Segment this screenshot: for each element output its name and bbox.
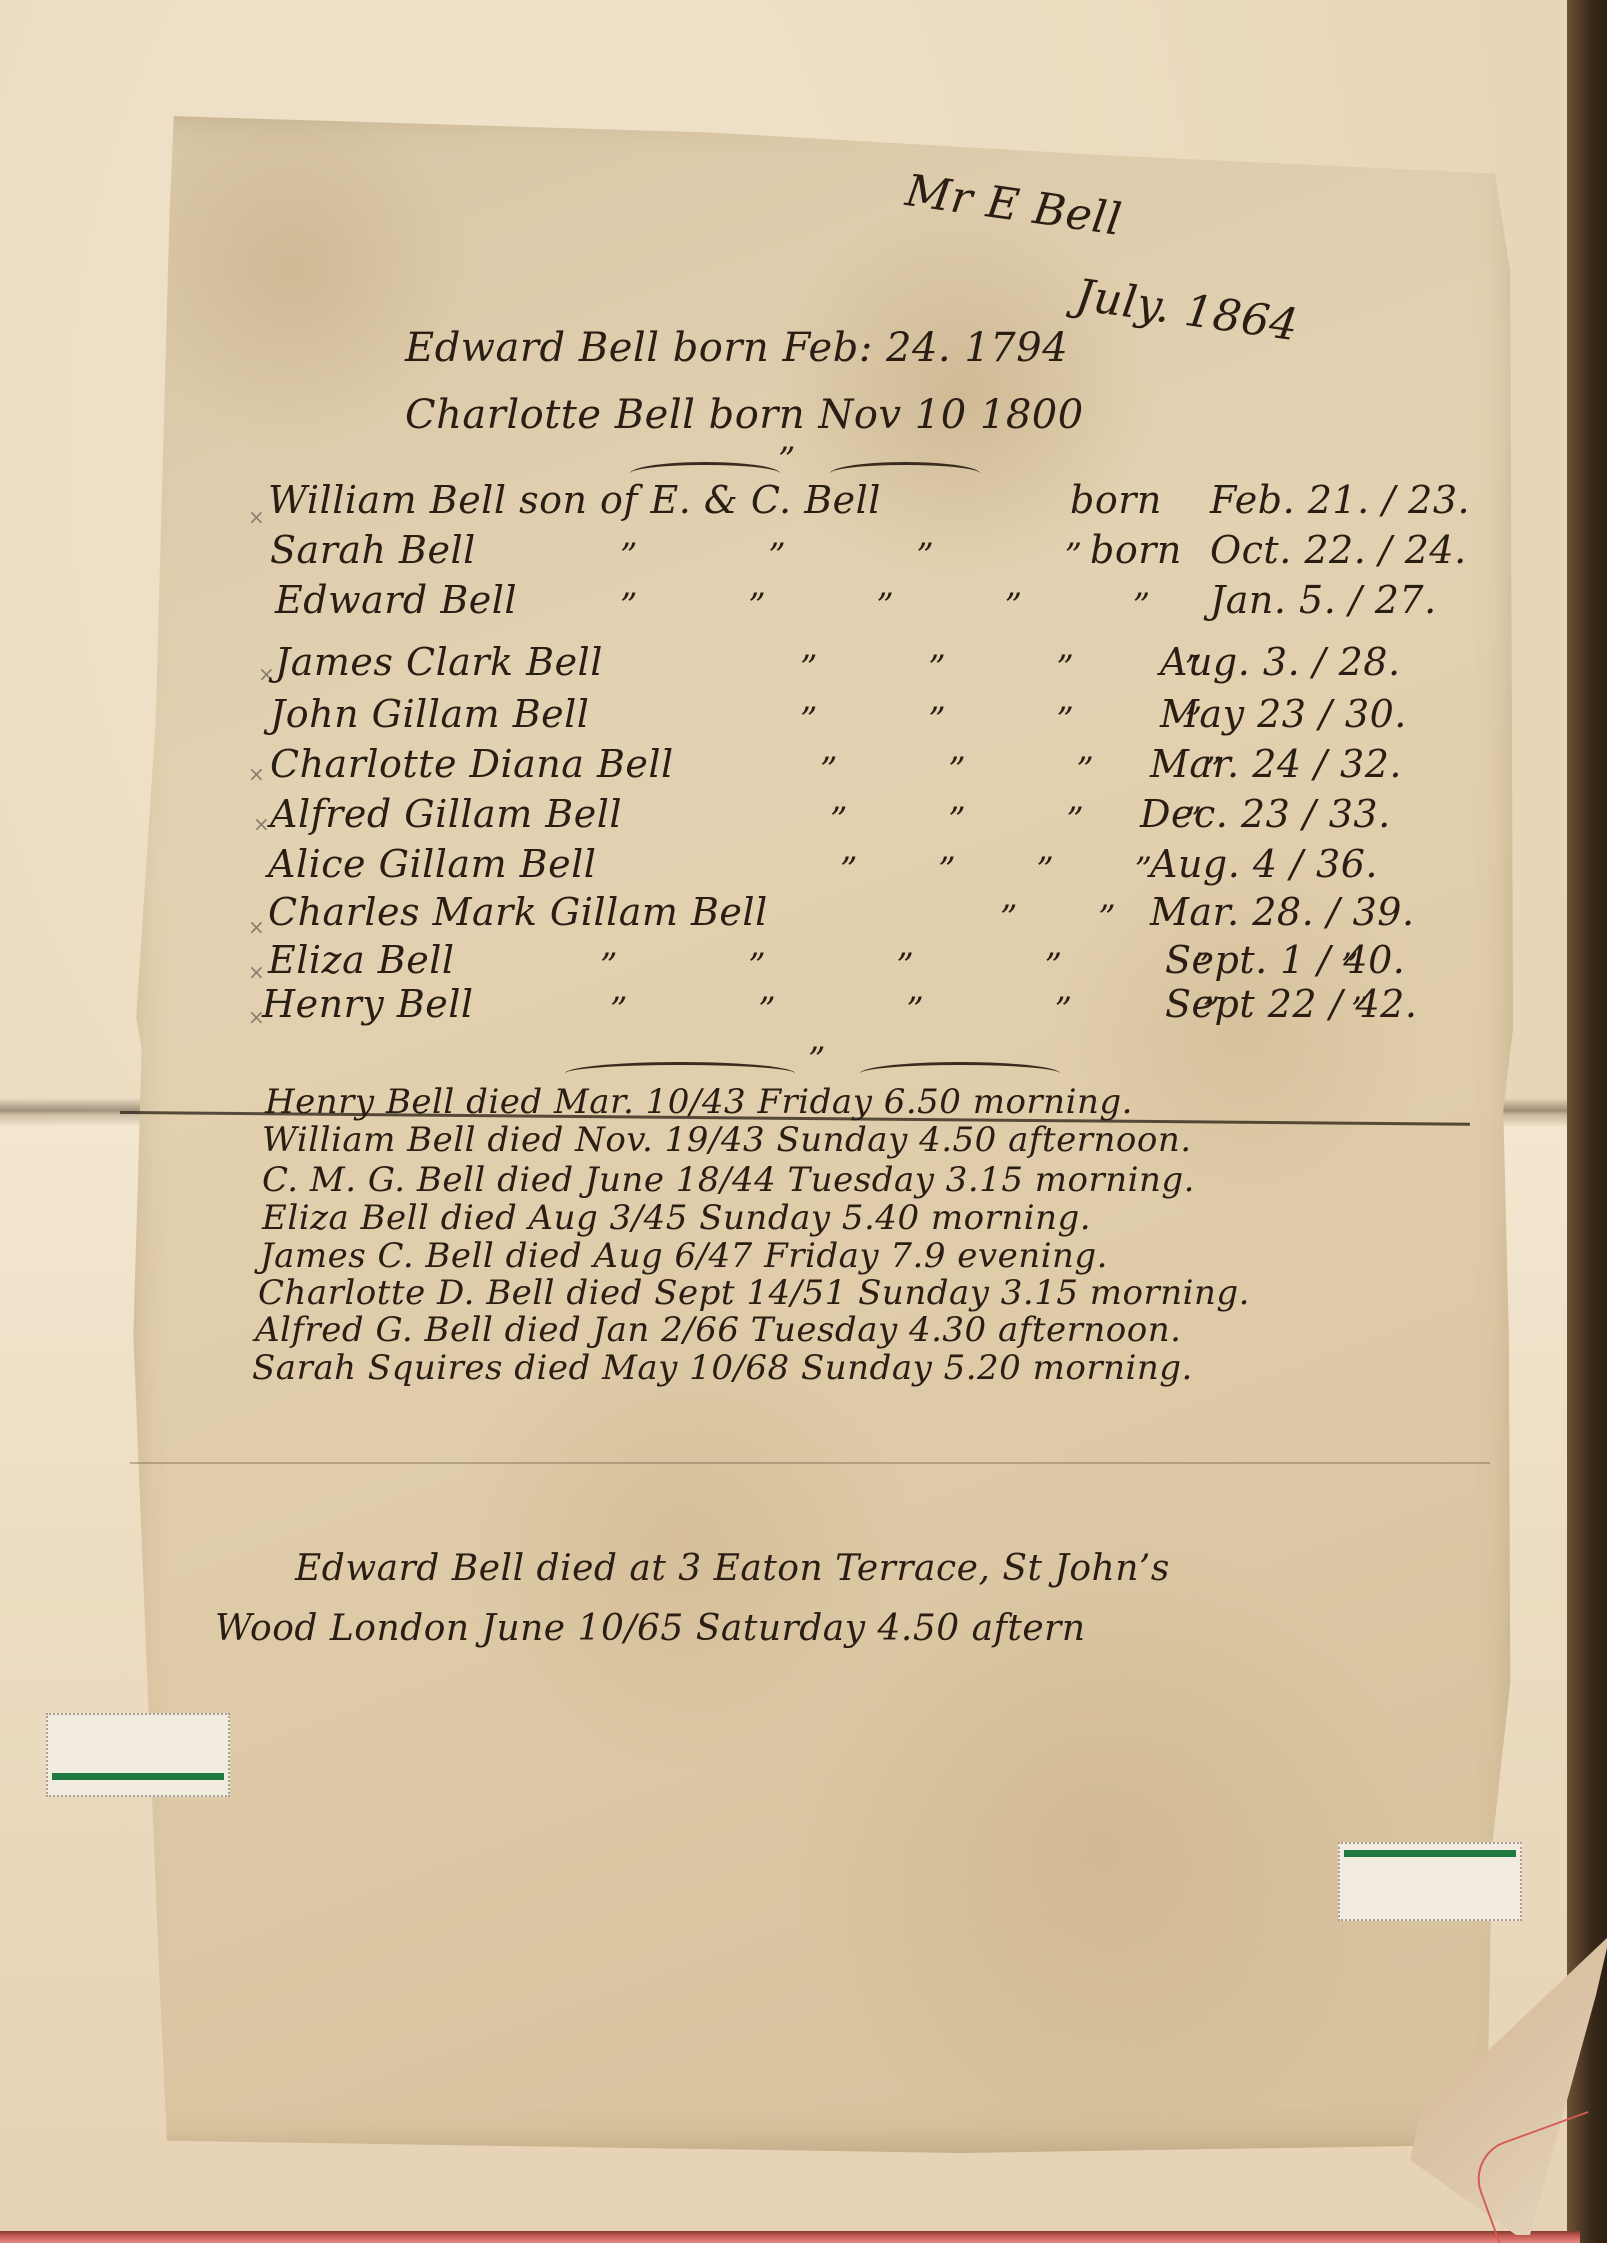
red-page-edge bbox=[0, 2231, 1580, 2243]
ditto-marks: ” ” bbox=[1000, 898, 1151, 938]
hinge-tape-right bbox=[1338, 1842, 1522, 1921]
check-mark: × bbox=[248, 915, 265, 939]
check-mark: × bbox=[248, 960, 265, 984]
ditto-marks: ” ” ” ” bbox=[840, 850, 1187, 890]
birth-date: Aug. 4 / 36. bbox=[1150, 842, 1378, 886]
book-binding bbox=[1567, 0, 1607, 2243]
parent-father: Edward Bell born Feb: 24. 1794 bbox=[405, 325, 1068, 371]
final-entry-line-2: Wood London June 10/65 Saturday 4.50 aft… bbox=[215, 1608, 1086, 1649]
birth-date: Mar. 28. / 39. bbox=[1150, 890, 1415, 934]
death-entry: Alfred G. Bell died Jan 2/66 Tuesday 4.3… bbox=[255, 1310, 1181, 1350]
birth-date: Aug. 3. / 28. bbox=[1160, 640, 1401, 684]
parent-mother: Charlotte Bell born Nov 10 1800 bbox=[405, 392, 1084, 438]
birth-name: Charles Mark Gillam Bell bbox=[268, 890, 768, 934]
birth-name: Charlotte Diana Bell bbox=[270, 742, 674, 786]
separator-ditto-2: ” bbox=[808, 1040, 825, 1080]
death-entry: Eliza Bell died Aug 3/45 Sunday 5.40 mor… bbox=[262, 1198, 1091, 1238]
birth-date: Oct. 22. / 24. bbox=[1210, 528, 1467, 572]
birth-name: John Gillam Bell bbox=[270, 692, 589, 736]
death-entry: James C. Bell died Aug 6/47 Friday 7.9 e… bbox=[260, 1236, 1108, 1276]
birth-name: William Bell son of E. & C. Bell bbox=[268, 478, 881, 522]
death-entry: C. M. G. Bell died June 18/44 Tuesday 3.… bbox=[262, 1160, 1195, 1200]
birth-date: Feb. 21. / 23. bbox=[1210, 478, 1470, 522]
check-mark: × bbox=[258, 662, 275, 686]
ditto-marks: ” ” ” ” ” bbox=[620, 586, 1200, 626]
birth-name: Eliza Bell bbox=[268, 938, 455, 982]
birth-name: Edward Bell bbox=[275, 578, 517, 622]
ditto-marks: ” ” ” ” bbox=[620, 536, 1142, 576]
birth-date: Sept 22 / 42. bbox=[1165, 982, 1417, 1026]
birth-date: May 23 / 30. bbox=[1160, 692, 1407, 736]
birth-name: James Clark Bell bbox=[275, 640, 603, 684]
check-mark: × bbox=[253, 812, 270, 836]
final-entry-line-1: Edward Bell died at 3 Eaton Terrace, St … bbox=[295, 1548, 1170, 1589]
green-stripe bbox=[1344, 1850, 1516, 1857]
check-mark: × bbox=[248, 505, 265, 529]
death-entry: William Bell died Nov. 19/43 Sunday 4.50… bbox=[262, 1120, 1192, 1160]
death-entry: Charlotte D. Bell died Sept 14/51 Sunday… bbox=[258, 1273, 1250, 1313]
birth-connector: born bbox=[1070, 478, 1162, 522]
sheet-crease bbox=[130, 1462, 1490, 1464]
birth-date: Sept. 1 / 40. bbox=[1165, 938, 1405, 982]
birth-name: Alfred Gillam Bell bbox=[270, 792, 622, 836]
birth-connector: born bbox=[1090, 528, 1182, 572]
death-entry: Henry Bell died Mar. 10/43 Friday 6.50 m… bbox=[265, 1082, 1133, 1122]
check-mark: × bbox=[248, 762, 265, 786]
birth-name: Henry Bell bbox=[262, 982, 474, 1026]
separator-ditto: ” bbox=[778, 440, 795, 480]
birth-date: Dec. 23 / 33. bbox=[1140, 792, 1391, 836]
death-entry: Sarah Squires died May 10/68 Sunday 5.20… bbox=[252, 1348, 1193, 1388]
hinge-tape-left bbox=[46, 1713, 230, 1797]
green-stripe bbox=[52, 1773, 224, 1780]
birth-date: Jan. 5. / 27. bbox=[1210, 578, 1437, 622]
birth-name: Sarah Bell bbox=[270, 528, 476, 572]
birth-name: Alice Gillam Bell bbox=[268, 842, 596, 886]
birth-date: Mar. 24 / 32. bbox=[1150, 742, 1402, 786]
